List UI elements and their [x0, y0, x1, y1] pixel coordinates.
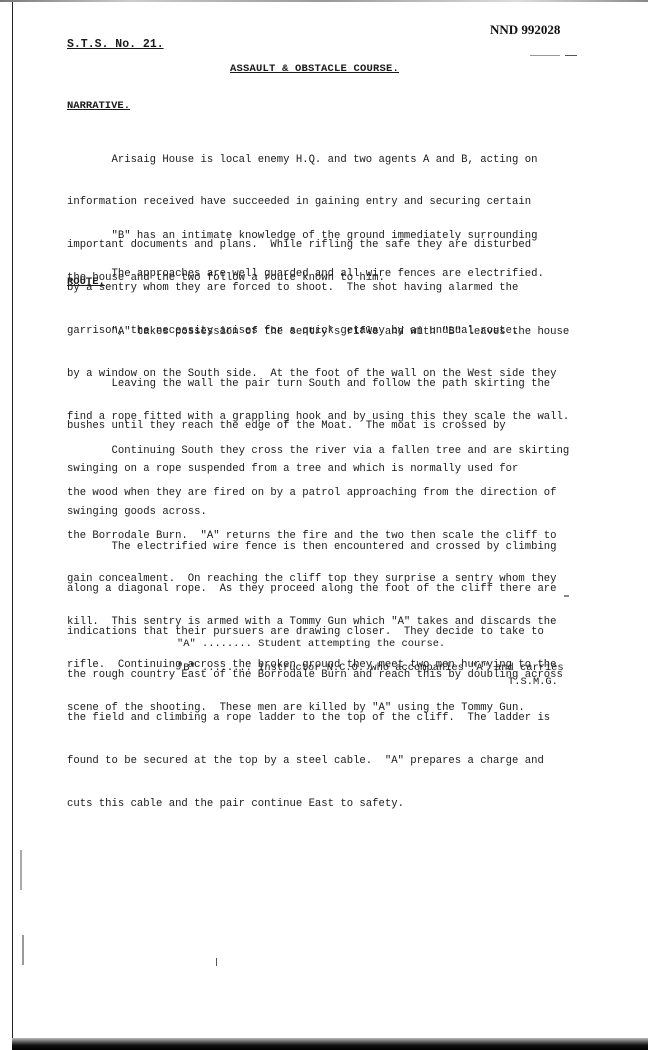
- scan-bottom-edge: [12, 1038, 648, 1050]
- text-line: "A" takes possession of the sentry's rif…: [67, 325, 577, 339]
- scan-mark: [530, 55, 560, 56]
- archive-stamp: NND 992028: [490, 22, 560, 38]
- section-heading-route: ROUTE.: [67, 276, 105, 288]
- text-line: found to be secured at the top by a stee…: [67, 754, 577, 768]
- paragraph: The electrified wire fence is then encou…: [67, 511, 577, 840]
- scan-mark: [565, 55, 577, 56]
- text-line: along a diagonal rope. As they proceed a…: [67, 582, 577, 596]
- legend-entry-b: "B" ........ Instructor N.C.O. who accom…: [177, 662, 564, 674]
- document-page: NND 992028 S.T.S. No. 21. ASSAULT & OBST…: [0, 0, 648, 1050]
- document-title: ASSAULT & OBSTACLE COURSE.: [230, 63, 399, 75]
- text-line: Leaving the wall the pair turn South and…: [67, 377, 577, 391]
- text-line: Arisaig House is local enemy H.Q. and tw…: [67, 153, 577, 167]
- legend-continuation: T.S.M.G.: [508, 676, 558, 688]
- scan-mark: [216, 958, 217, 966]
- scan-mark: [22, 935, 24, 965]
- scan-mark: [564, 595, 569, 597]
- legend-key: "B": [177, 662, 196, 674]
- text-line: The electrified wire fence is then encou…: [67, 540, 577, 554]
- document-reference: S.T.S. No. 21.: [67, 38, 164, 51]
- text-line: the field and climbing a rope ladder to …: [67, 711, 577, 725]
- text-line: cuts this cable and the pair continue Ea…: [67, 797, 577, 811]
- legend-leader: ........: [202, 638, 252, 650]
- legend-text: Instructor N.C.O. who accompanies "A" an…: [258, 662, 564, 674]
- legend-text: Student attempting the course.: [258, 638, 445, 650]
- section-heading-narrative: NARRATIVE.: [67, 100, 130, 112]
- legend-leader: ........: [202, 662, 252, 674]
- legend-key: "A": [177, 638, 196, 650]
- scan-top-edge: [0, 0, 648, 2]
- text-line: the wood when they are fired on by a pat…: [67, 486, 577, 500]
- scan-mark: [20, 850, 22, 890]
- legend-entry-a: "A" ........ Student attempting the cour…: [177, 638, 445, 650]
- text-line: The approaches are well guarded and all …: [67, 267, 577, 281]
- text-line: Continuing South they cross the river vi…: [67, 444, 577, 458]
- scan-left-edge: [12, 2, 13, 1050]
